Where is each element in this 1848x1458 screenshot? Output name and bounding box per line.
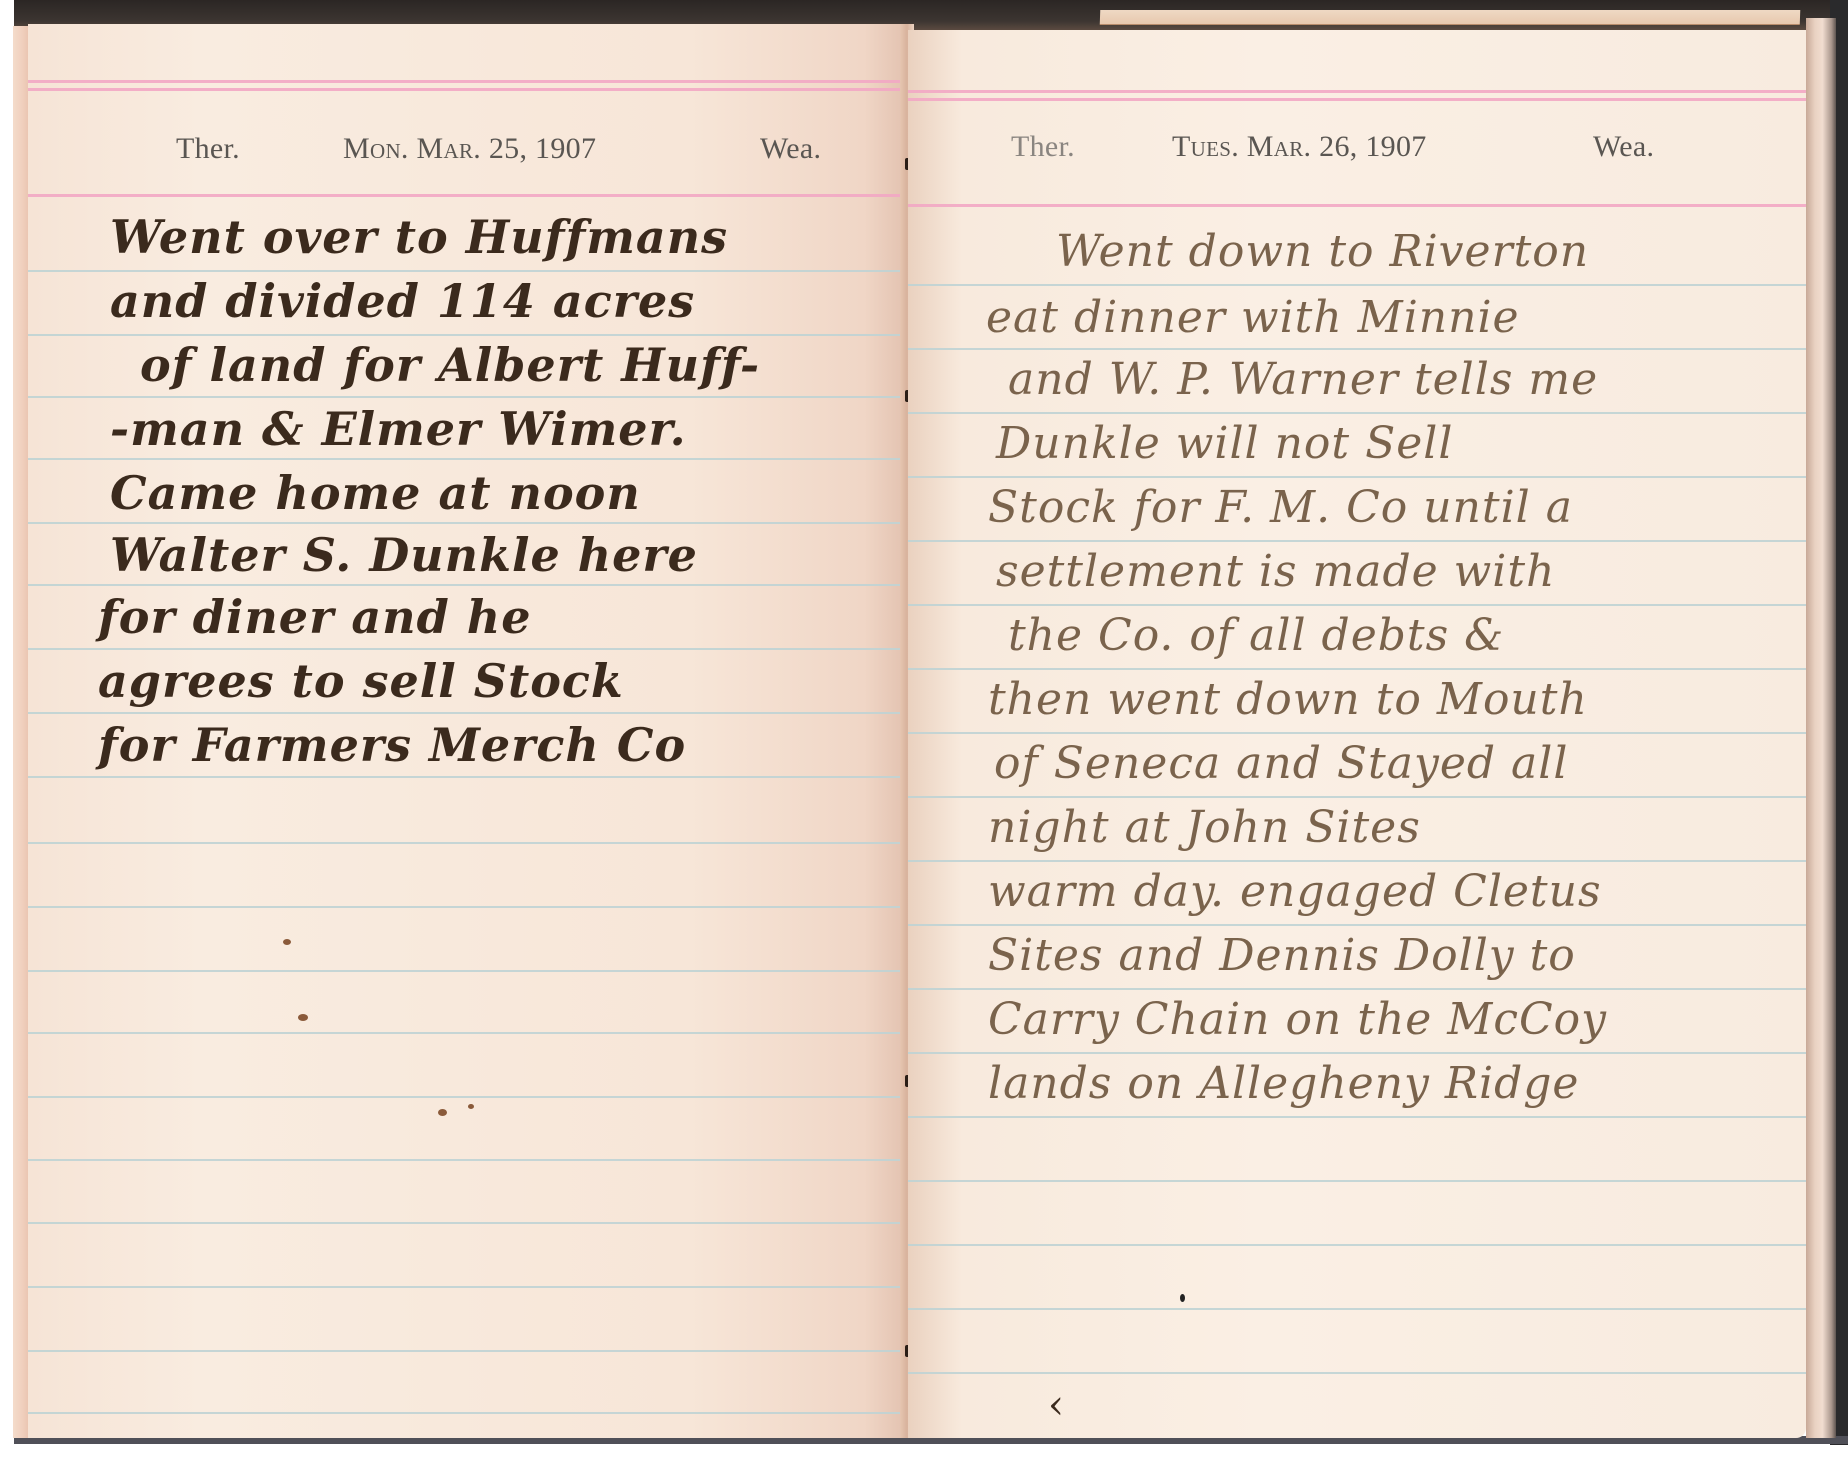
blue-rule — [28, 1222, 908, 1224]
page-date: Mon. Mar. 25, 1907 — [343, 132, 596, 166]
entry-line: lands on Allegheny Ridge — [988, 1058, 1579, 1109]
entry-line: Went down to Riverton — [1056, 226, 1589, 277]
blue-rule — [28, 906, 908, 908]
entry-line: the Co. of all debts & — [1008, 610, 1504, 661]
entry-line: Dunkle will not Sell — [996, 418, 1453, 469]
pink-rule-header — [28, 194, 908, 197]
entry-line: -man & Elmer Wimer. — [110, 402, 687, 456]
entry-line: warm day. engaged Cletus — [988, 866, 1602, 917]
thermometer-label: Ther. — [176, 132, 240, 166]
blue-rule — [908, 1116, 1806, 1118]
blue-rule — [28, 842, 908, 844]
blue-rule — [908, 1180, 1806, 1182]
pink-rule — [908, 90, 1806, 93]
blue-rule — [908, 284, 1806, 286]
page-date: Tues. Mar. 26, 1907 — [1172, 130, 1427, 164]
pink-rule-header — [908, 204, 1806, 207]
blue-rule — [28, 396, 908, 398]
blue-rule — [28, 1350, 908, 1352]
blue-rule — [908, 476, 1806, 478]
blue-rule — [28, 334, 908, 336]
blue-rule — [908, 796, 1806, 798]
entry-line: Walter S. Dunkle here — [110, 528, 698, 582]
diary-page-left: Ther. Mon. Mar. 25, 1907 Wea. Went over … — [28, 24, 908, 1438]
ink-speck — [468, 1104, 474, 1109]
entry-line: Sites and Dennis Dolly to — [988, 930, 1576, 981]
blue-rule — [28, 1286, 908, 1288]
blue-rule — [908, 1244, 1806, 1246]
blue-rule — [908, 348, 1806, 350]
ink-speck — [438, 1109, 447, 1116]
blue-rule — [28, 712, 908, 714]
blue-rule — [28, 458, 908, 460]
entry-line: then went down to Mouth — [988, 674, 1588, 725]
entry-line: Carry Chain on the McCoy — [988, 994, 1607, 1045]
thermometer-label: Ther. — [1011, 130, 1075, 164]
entry-line: and divided 114 acres — [110, 274, 695, 328]
ink-dot — [1180, 1294, 1185, 1302]
blue-rule — [28, 1096, 908, 1098]
entry-line: and W. P. Warner tells me — [1008, 354, 1598, 405]
entry-line: agrees to sell Stock — [98, 654, 624, 708]
blue-rule — [28, 1159, 908, 1161]
blue-rule — [28, 522, 908, 524]
blue-rule — [28, 648, 908, 650]
entry-line: for diner and he — [98, 590, 531, 644]
entry-line: eat dinner with Minnie — [986, 292, 1520, 343]
weather-label: Wea. — [1593, 130, 1654, 164]
entry-line: of land for Albert Huff- — [140, 338, 760, 392]
blue-rule — [28, 1032, 908, 1034]
blue-rule — [28, 270, 908, 272]
blue-rule — [908, 1308, 1806, 1310]
blue-rule — [28, 776, 908, 778]
diary-page-right: Ther. Tues. Mar. 26, 1907 Wea. Went down… — [908, 30, 1806, 1438]
pink-rule — [908, 98, 1806, 101]
entry-line: settlement is made with — [996, 546, 1555, 597]
blue-rule — [908, 1372, 1806, 1374]
blue-rule — [908, 1052, 1806, 1054]
entry-line: of Seneca and Stayed all — [994, 738, 1568, 789]
blue-rule — [908, 604, 1806, 606]
entry-line: Went over to Huffmans — [110, 210, 728, 264]
blue-rule — [908, 412, 1806, 414]
entry-line: night at John Sites — [988, 802, 1421, 853]
entry-line: Came home at noon — [110, 466, 641, 520]
blue-rule — [28, 1412, 908, 1414]
ink-speck — [298, 1014, 308, 1021]
blue-rule — [908, 668, 1806, 670]
entry-line: Stock for F. M. Co until a — [988, 482, 1573, 533]
pink-rule — [28, 80, 908, 83]
pink-rule — [28, 88, 908, 91]
blue-rule — [28, 584, 908, 586]
blue-rule — [908, 732, 1806, 734]
blue-rule — [908, 860, 1806, 862]
stray-ink-mark: ‹ — [1048, 1382, 1065, 1428]
blue-rule — [908, 924, 1806, 926]
blue-rule — [908, 988, 1806, 990]
entry-line: for Farmers Merch Co — [98, 718, 686, 772]
page-stack-right-edge — [1806, 18, 1836, 1438]
weather-label: Wea. — [760, 132, 821, 166]
blue-rule — [908, 540, 1806, 542]
page-stack-top-edge — [1100, 10, 1801, 25]
ink-speck — [283, 939, 291, 945]
blue-rule — [28, 970, 908, 972]
